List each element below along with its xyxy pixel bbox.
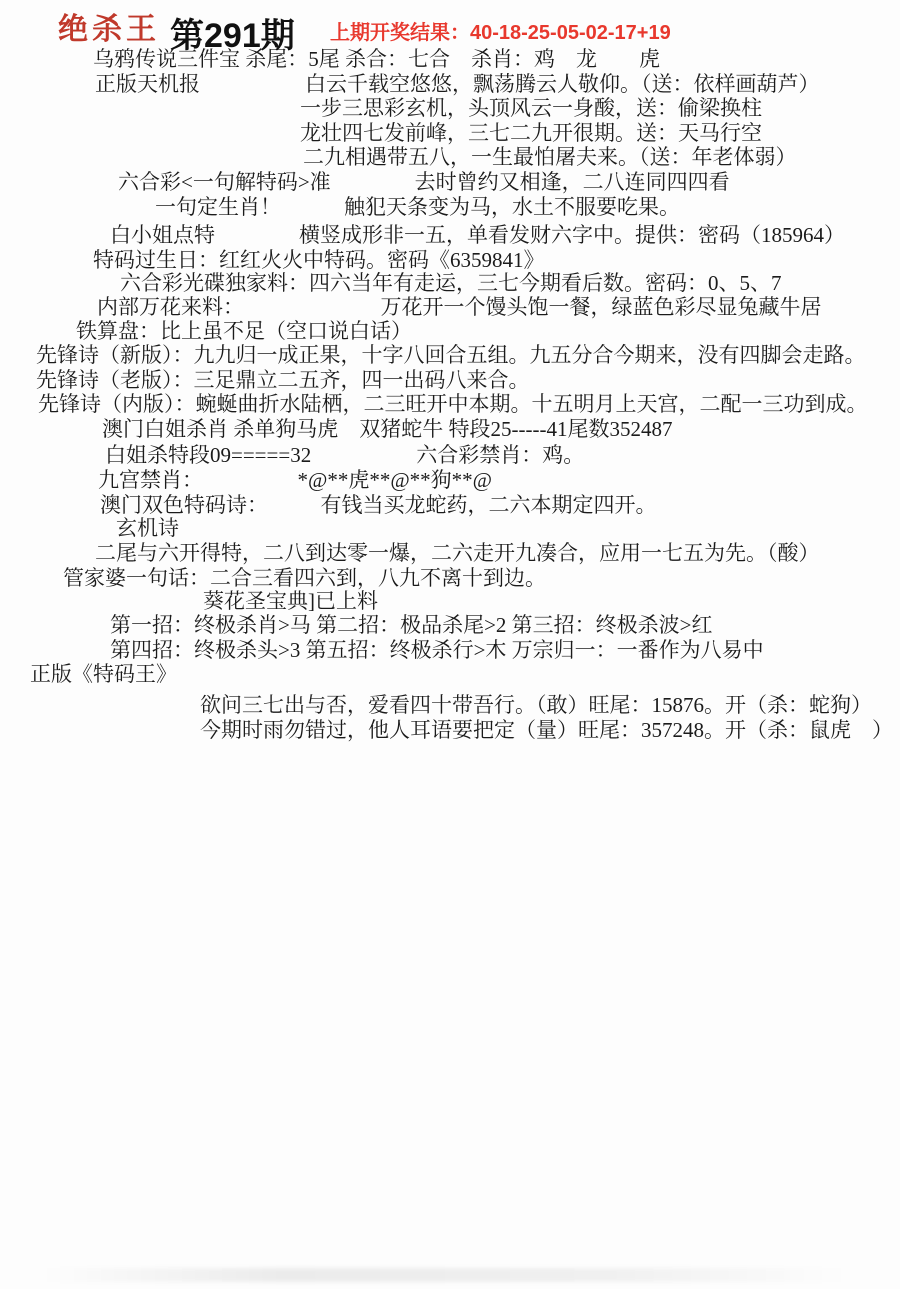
tip-line-11: 内部万花来料： 万花开一个馒头饱一餐，绿蓝色彩尽显兔藏牛居 bbox=[97, 295, 822, 320]
tip-line-2: 正版天机报 白云千载空悠悠，飘荡腾云人敬仰。（送：依样画葫芦） bbox=[95, 72, 820, 97]
tip-line-20: 玄机诗 bbox=[116, 516, 179, 541]
tip-line-8: 白小姐点特 横竖成形非一五，单看发财六字中。提供：密码（185964） bbox=[110, 223, 845, 248]
tip-line-16: 澳门白姐杀肖 杀单狗马虎 双猪蛇牛 特段25-----41尾数352487 bbox=[102, 417, 672, 442]
last-draw-result: 上期开奖结果：40-18-25-05-02-17+19 bbox=[330, 16, 671, 45]
tip-line-23: 葵花圣宝典]已上料 bbox=[203, 589, 378, 614]
tip-line-14: 先锋诗（老版）：三足鼎立二五齐，四一出码八来合。 bbox=[36, 368, 530, 393]
lottery-tip-sheet-page: 绝杀王 第291期 上期开奖结果：40-18-25-05-02-17+19 乌鸦… bbox=[0, 0, 900, 1289]
tip-line-10: 六合彩光碟独家料：四六当年有走运，三七今期看后数。密码：0、5、7 bbox=[120, 271, 782, 296]
tip-line-15: 先锋诗（内版）：蜿蜒曲折水陆栖，二三旺开中本期。十五明月上天宫，二配一三功到成。 bbox=[38, 392, 868, 417]
tip-line-22: 管家婆一句话：二合三看四六到，八九不离十到边。 bbox=[63, 566, 546, 591]
tip-line-26: 正版《特码王》 bbox=[30, 662, 177, 687]
tip-line-25: 第四招：终极杀头>3 第五招：终极杀行>木 万宗归一：一番作为八易中 bbox=[110, 638, 764, 663]
tip-line-12: 铁算盘：比上虽不足（空口说白话） bbox=[76, 319, 412, 344]
tip-line-19: 澳门双色特码诗： 有钱当买龙蛇药，二六本期定四开。 bbox=[100, 493, 657, 518]
scan-smudge-artifact bbox=[40, 1268, 850, 1282]
tip-line-13: 先锋诗（新版）：九九归一成正果，十字八回合五组。九五分合今期来，没有四脚会走路。 bbox=[36, 343, 866, 368]
tip-line-28: 今期时雨勿错过，他人耳语要把定（量）旺尾：357248。开（杀：鼠虎 ） bbox=[200, 718, 893, 743]
tip-line-5: 二九相遇带五八，一生最怕屠夫来。（送：年老体弱） bbox=[303, 145, 797, 170]
tip-line-27: 欲问三七出与否，爱看四十带吾行。（敢）旺尾：15876。开（杀：蛇狗） bbox=[200, 693, 872, 718]
tip-line-21: 二尾与六开得特，二八到达零一爆，二六走开九凑合，应用一七五为先。（酸） bbox=[95, 541, 820, 566]
tip-line-6: 六合彩<一句解特码>准 去时曾约又相逢，二八连同四四看 bbox=[118, 170, 730, 195]
tip-line-17: 白姐杀特段09=====32 六合彩禁肖：鸡。 bbox=[105, 443, 584, 468]
tip-line-1: 乌鸦传说三件宝 杀尾：5尾 杀合：七合 杀肖：鸡 龙 虎 bbox=[93, 47, 660, 72]
tip-line-18: 九宫禁肖： *@**虎**@**狗**@ bbox=[98, 468, 492, 493]
tip-line-9: 特码过生日：红红火火中特码。密码《6359841》 bbox=[93, 248, 545, 273]
tip-line-7: 一句定生肖！ 触犯天条变为马，水土不服要吃果。 bbox=[155, 195, 680, 220]
tip-line-3: 一步三思彩玄机，头顶风云一身酸，送：偷梁换柱 bbox=[300, 96, 762, 121]
tip-line-4: 龙壮四七发前峰，三七二九开很期。送：天马行空 bbox=[300, 121, 762, 146]
page-title-brand: 绝杀王 bbox=[58, 4, 160, 48]
tip-line-24: 第一招：终极杀肖>马 第二招：极品杀尾>2 第三招：终极杀波>红 bbox=[110, 613, 713, 638]
